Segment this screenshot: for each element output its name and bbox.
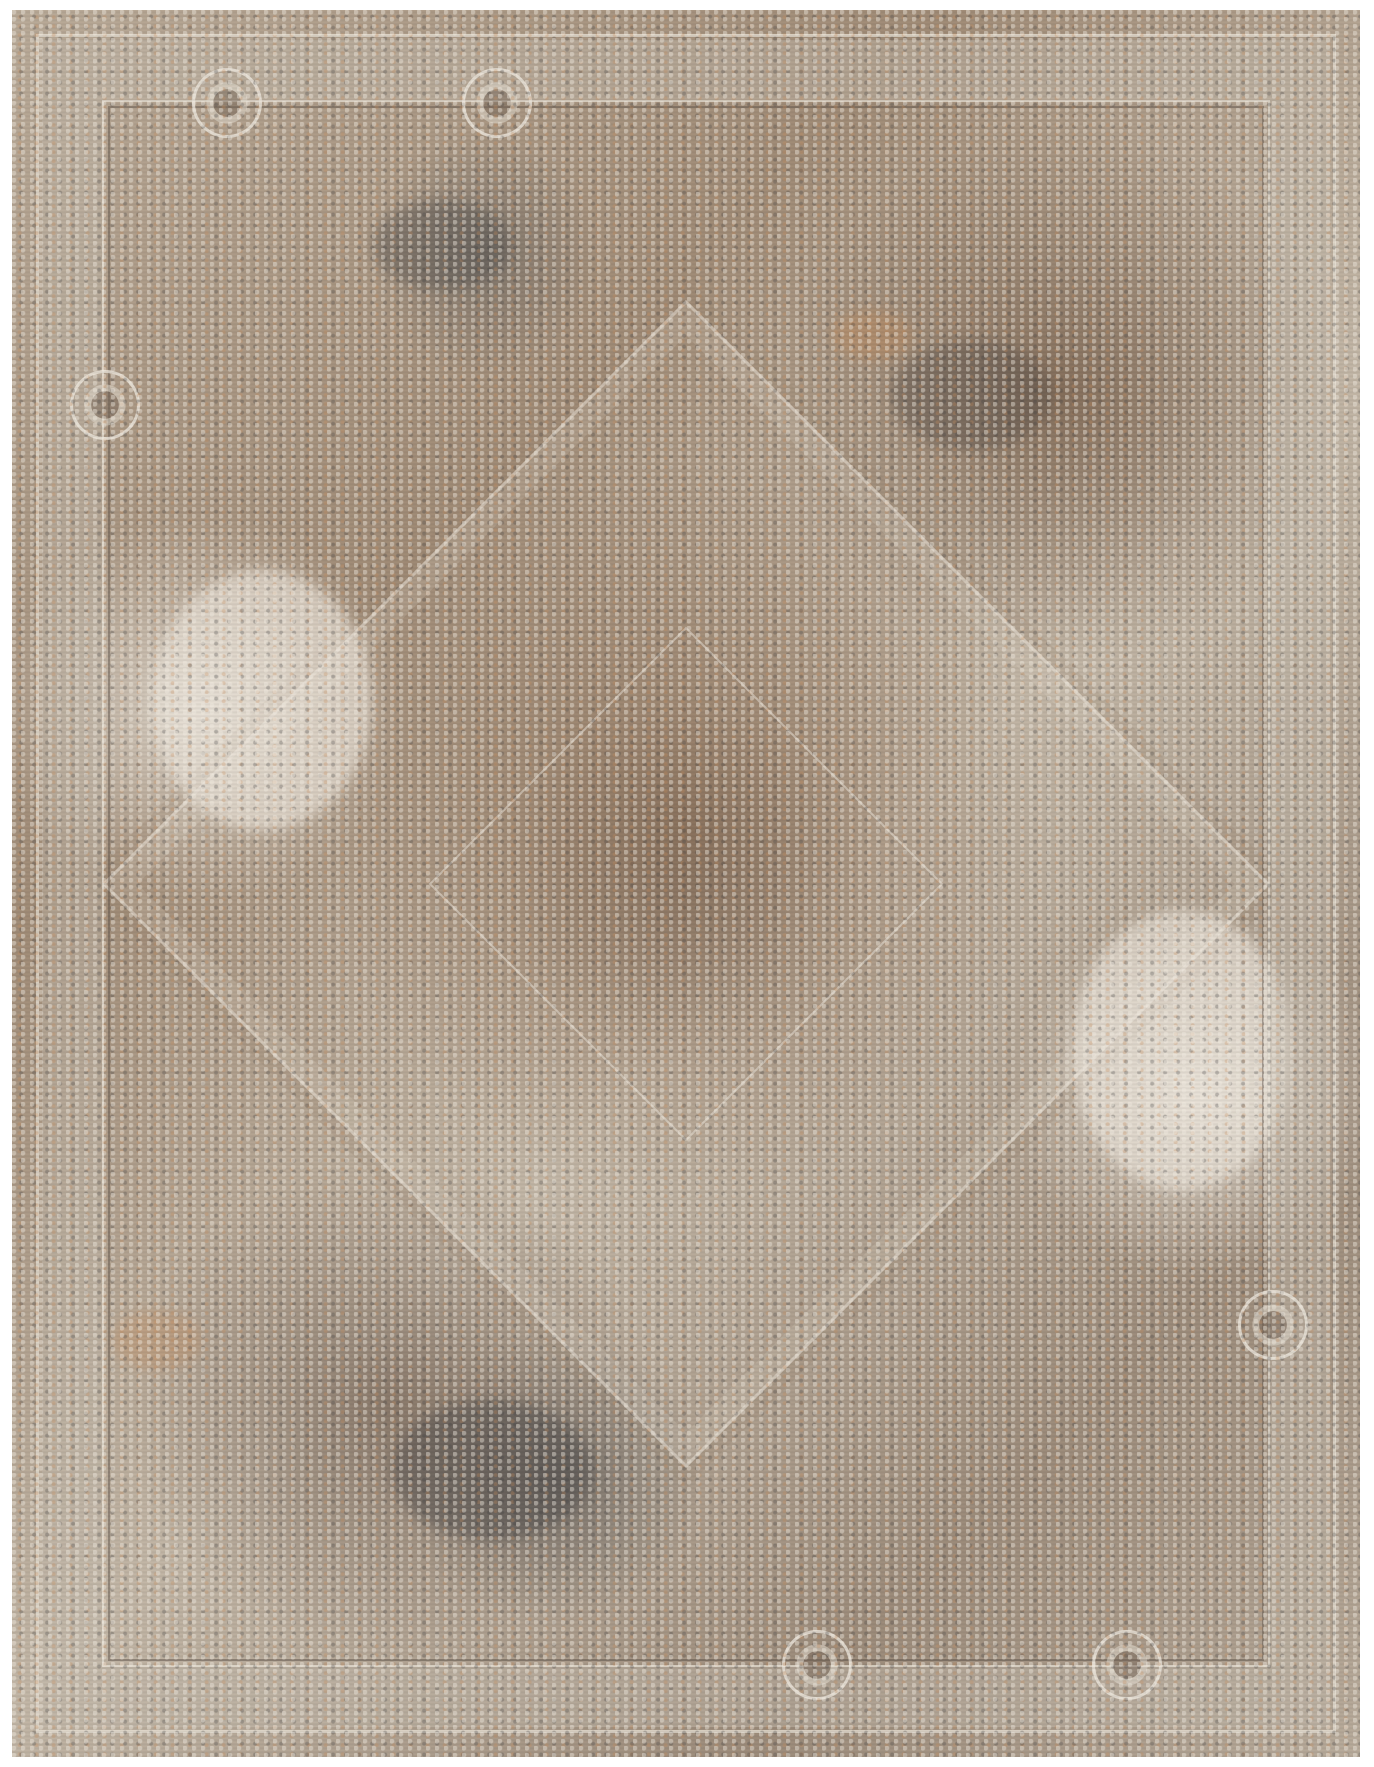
rug-image: Distressed vintage-style area rug, top-d… [12, 10, 1360, 1757]
texture-speckle [12, 10, 1360, 1757]
